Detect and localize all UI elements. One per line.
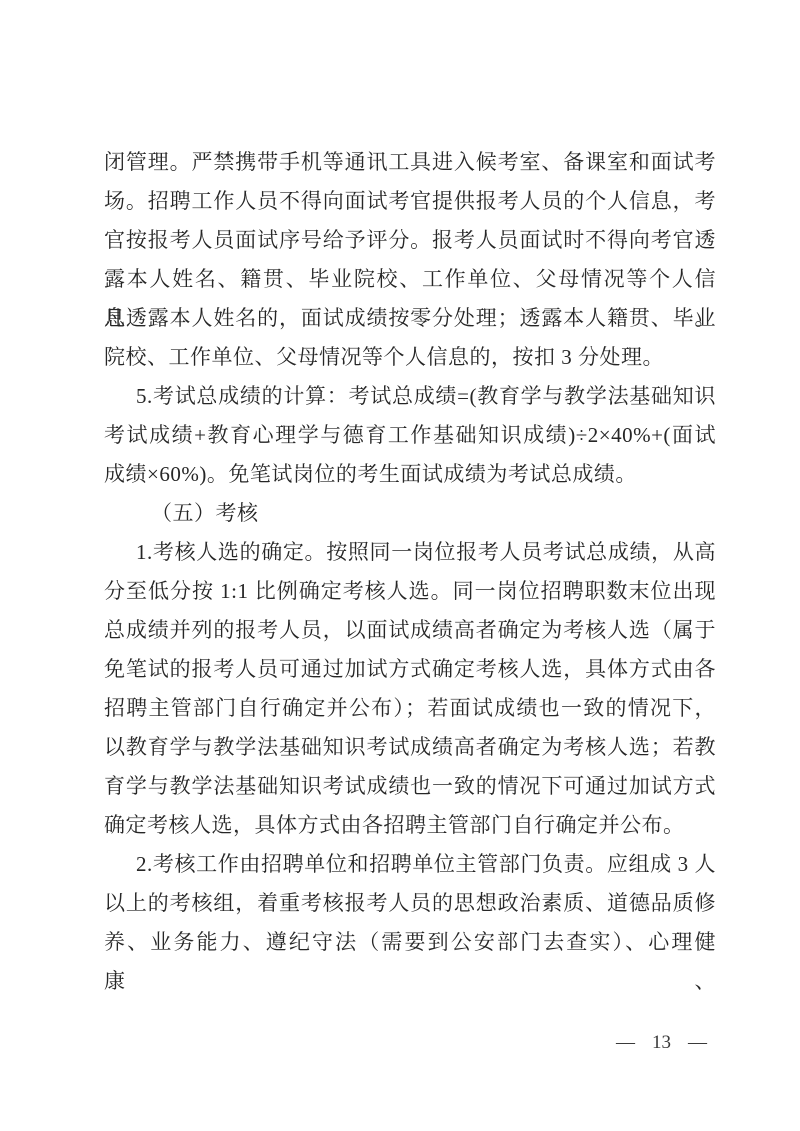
text-line: 育学与教学法基础知识考试成绩也一致的情况下可通过加试方式 <box>104 767 716 806</box>
text-line: 招聘主管部门自行确定并公布）；若面试成绩也一致的情况下， <box>104 689 716 728</box>
text-line: 确定考核人选，具体方式由各招聘主管部门自行确定并公布。 <box>104 806 716 845</box>
text-line: 考试成绩+教育心理学与德育工作基础知识成绩)÷2×40%+(面试 <box>104 416 716 455</box>
text-line: 2.考核工作由招聘单位和招聘单位主管部门负责。应组成 3 人 <box>104 845 716 884</box>
text-line: 养、业务能力、遵纪守法（需要到公安部门去查实）、心理健康、 <box>104 923 716 962</box>
text-line: 露本人姓名、籍贯、毕业院校、工作单位、父母情况等个人信息。 <box>104 260 716 299</box>
text-line: 1.考核人选的确定。按照同一岗位报考人员考试总成绩，从高 <box>104 533 716 572</box>
text-line: 分至低分按 1:1 比例确定考核人选。同一岗位招聘职数末位出现 <box>104 572 716 611</box>
text-line: 5.考试总成绩的计算：考试总成绩=(教育学与教学法基础知识 <box>104 377 716 416</box>
document-page: 闭管理。严禁携带手机等通讯工具进入候考室、备课室和面试考场。招聘工作人员不得向面… <box>0 0 800 1131</box>
page-footer: — 13 — <box>616 1032 707 1054</box>
footer-dash-left: — <box>616 1032 635 1054</box>
text-line: 成绩×60%)。免笔试岗位的考生面试成绩为考试总成绩。 <box>104 455 716 494</box>
text-line: 官按报考人员面试序号给予评分。报考人员面试时不得向考官透 <box>104 221 716 260</box>
text-line: 闭管理。严禁携带手机等通讯工具进入候考室、备课室和面试考 <box>104 143 716 182</box>
document-body: 闭管理。严禁携带手机等通讯工具进入候考室、备课室和面试考场。招聘工作人员不得向面… <box>104 143 716 962</box>
footer-dash-right: — <box>688 1032 707 1054</box>
text-line: 院校、工作单位、父母情况等个人信息的，按扣 3 分处理。 <box>104 338 716 377</box>
text-line: 以上的考核组，着重考核报考人员的思想政治素质、道德品质修 <box>104 884 716 923</box>
text-line: 场。招聘工作人员不得向面试考官提供报考人员的个人信息，考 <box>104 182 716 221</box>
text-line: 以教育学与教学法基础知识考试成绩高者确定为考核人选；若教 <box>104 728 716 767</box>
text-line: 免笔试的报考人员可通过加试方式确定考核人选，具体方式由各 <box>104 650 716 689</box>
text-line: （五）考核 <box>104 494 716 533</box>
text-line: 凡透露本人姓名的，面试成绩按零分处理；透露本人籍贯、毕业 <box>104 299 716 338</box>
page-number: 13 <box>652 1032 671 1054</box>
text-line: 总成绩并列的报考人员，以面试成绩高者确定为考核人选（属于 <box>104 611 716 650</box>
